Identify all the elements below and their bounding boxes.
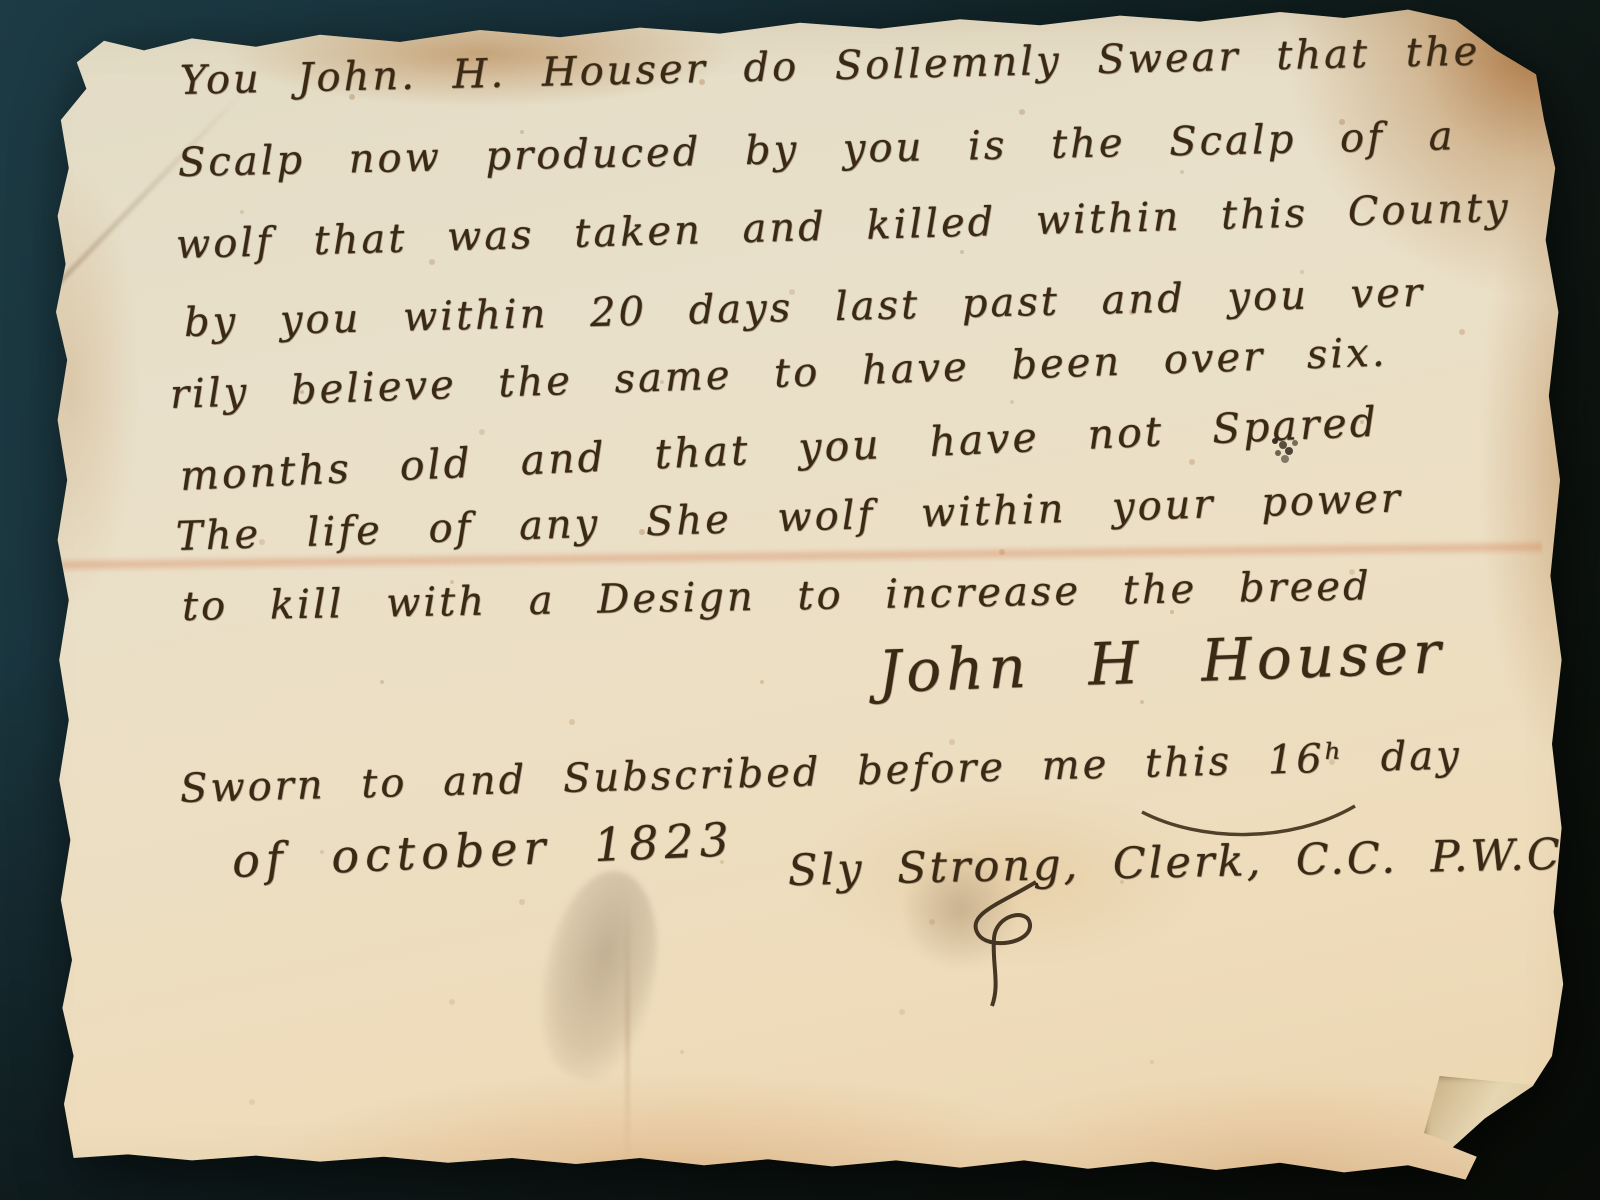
manuscript-line-8: to kill with a Design to increase the br… (182, 563, 1372, 630)
day-underline-swash (1140, 800, 1360, 850)
clerk-flourish (940, 880, 1080, 1010)
photo-background: You John. H. Houser do Sollemnly Swear t… (0, 0, 1600, 1200)
houser-signature: John H Houser (877, 618, 1447, 706)
water-stain (521, 860, 679, 1090)
diagonal-fold-crease (38, 85, 250, 304)
manuscript-line-3: wolf that was taken and killed within th… (175, 185, 1511, 268)
manuscript-line-2: Scalp now produced by you is the Scalp o… (178, 113, 1456, 186)
attestation-line-2: of october 1823 (231, 812, 736, 888)
folded-corner (1424, 1076, 1554, 1168)
paper: You John. H. Houser do Sollemnly Swear t… (0, 0, 1600, 1200)
manuscript-line-1: You John. H. Houser do Sollemnly Swear t… (179, 28, 1480, 103)
foxing-speckles (0, 0, 4, 4)
paper-wrap: You John. H. Houser do Sollemnly Swear t… (0, 0, 1600, 1200)
